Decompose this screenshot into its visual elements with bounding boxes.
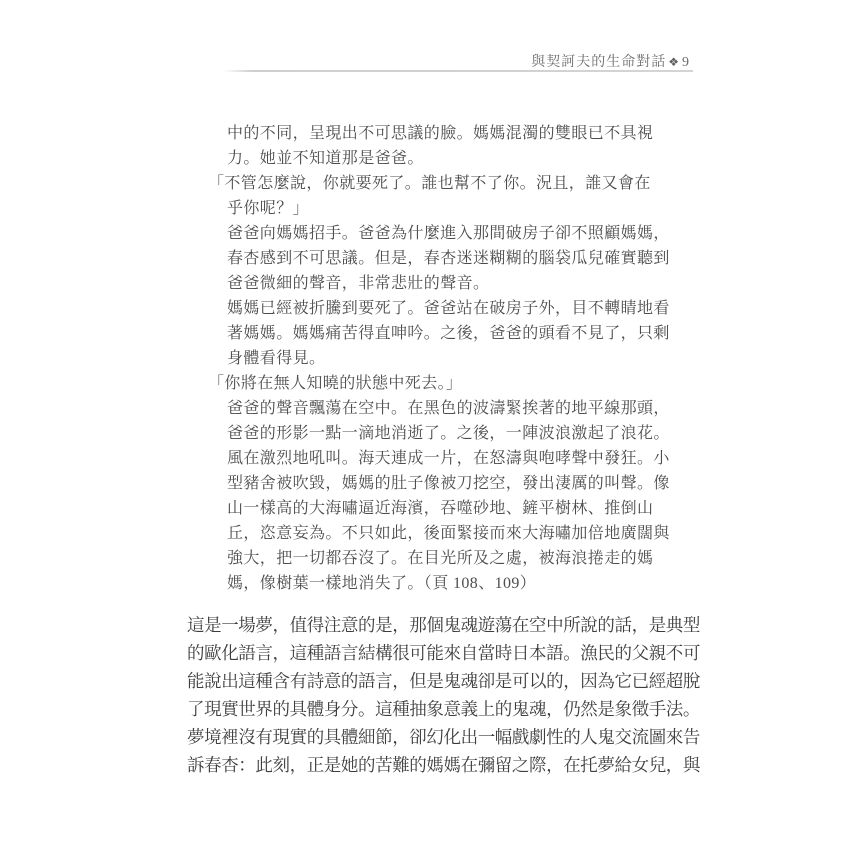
- running-header: 與契訶夫的生命對話❖9: [0, 51, 690, 71]
- quote-line: 春杏感到不可思議。但是，春杏迷迷糊糊的腦袋瓜兒確實聽到: [208, 246, 678, 271]
- header-rule: [223, 70, 693, 72]
- header-page-number: 9: [682, 55, 690, 70]
- quote-line: 乎你呢？」: [208, 196, 678, 221]
- quote-line: 媽，像樹葉一樣地消失了。（頁 108、109）: [208, 571, 678, 596]
- quote-line: 爸爸微細的聲音，非常悲壯的聲音。: [208, 271, 678, 296]
- quote-line: 型豬舍被吹毀，媽媽的肚子像被刀挖空，發出淒厲的叫聲。像: [208, 471, 678, 496]
- quote-line: 丘，恣意妄為。不只如此，後面緊接而來大海嘯加倍地廣闊與: [208, 521, 678, 546]
- header-title: 與契訶夫的生命對話: [531, 55, 666, 70]
- quote-line: 「不管怎麼說，你就要死了。誰也幫不了你。況且，誰又會在: [208, 171, 678, 196]
- diamond-ornament-icon: ❖: [666, 55, 682, 69]
- quote-line: 爸爸的形影一點一滴地消逝了。之後，一陣波浪激起了浪花。: [208, 421, 678, 446]
- paragraph-line: 訴春杏：此刻，正是她的苦難的媽媽在彌留之際，在托夢給女兒，與: [187, 751, 707, 779]
- paragraph-line: 能說出這種含有詩意的語言，但是鬼魂卻是可以的，因為它已經超脫: [187, 667, 707, 695]
- paragraph-line: 了現實世界的具體身分。這種抽象意義上的鬼魂，仍然是象徵手法。: [187, 695, 707, 723]
- paragraph-line: 這是一場夢，值得注意的是，那個鬼魂遊蕩在空中所說的話，是典型: [187, 611, 707, 639]
- paragraph-line: 夢境裡沒有現實的具體細節，卻幻化出一幅戲劇性的人鬼交流圖來告: [187, 723, 707, 751]
- book-page: 與契訶夫的生命對話❖9 中的不同，呈現出不可思議的臉。媽媽混濁的雙眼已不具視 力…: [0, 0, 850, 850]
- quote-line: 身體看得見。: [208, 346, 678, 371]
- quote-line: 強大，把一切都吞沒了。在目光所及之處，被海浪捲走的媽: [208, 546, 678, 571]
- block-quote: 中的不同，呈現出不可思議的臉。媽媽混濁的雙眼已不具視 力。她並不知道那是爸爸。 …: [208, 121, 678, 596]
- quote-line: 爸爸向媽媽招手。爸爸為什麼進入那間破房子卻不照顧媽媽，: [208, 221, 678, 246]
- quote-line: 著媽媽。媽媽痛苦得直呻吟。之後，爸爸的頭看不見了，只剩: [208, 321, 678, 346]
- paragraph-line: 的歐化語言，這種語言結構很可能來自當時日本語。漁民的父親不可: [187, 639, 707, 667]
- quote-line: 中的不同，呈現出不可思議的臉。媽媽混濁的雙眼已不具視: [208, 121, 678, 146]
- quote-line: 山一樣高的大海嘯逼近海濱，吞噬砂地、鏟平樹林、推倒山: [208, 496, 678, 521]
- quote-line: 風在激烈地吼叫。海天連成一片，在怒濤與咆哮聲中發狂。小: [208, 446, 678, 471]
- quote-line: 「你將在無人知曉的狀態中死去。」: [208, 371, 678, 396]
- quote-line: 力。她並不知道那是爸爸。: [208, 146, 678, 171]
- body-paragraph: 這是一場夢，值得注意的是，那個鬼魂遊蕩在空中所說的話，是典型 的歐化語言，這種語…: [187, 611, 707, 779]
- quote-line: 媽媽已經被折騰到要死了。爸爸站在破房子外，目不轉睛地看: [208, 296, 678, 321]
- quote-line: 爸爸的聲音飄蕩在空中。在黑色的波濤緊挨著的地平線那頭，: [208, 396, 678, 421]
